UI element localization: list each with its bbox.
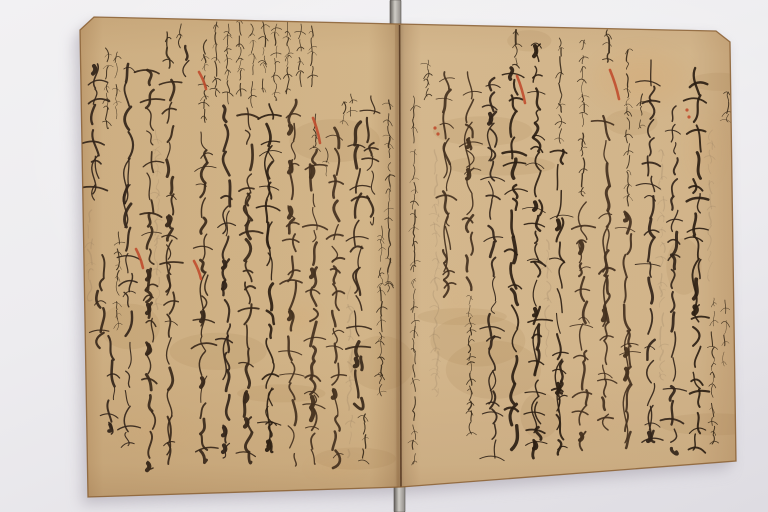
open-book: [65, 16, 767, 498]
manuscript-photo: [0, 0, 768, 512]
photo-scene: [0, 0, 768, 512]
